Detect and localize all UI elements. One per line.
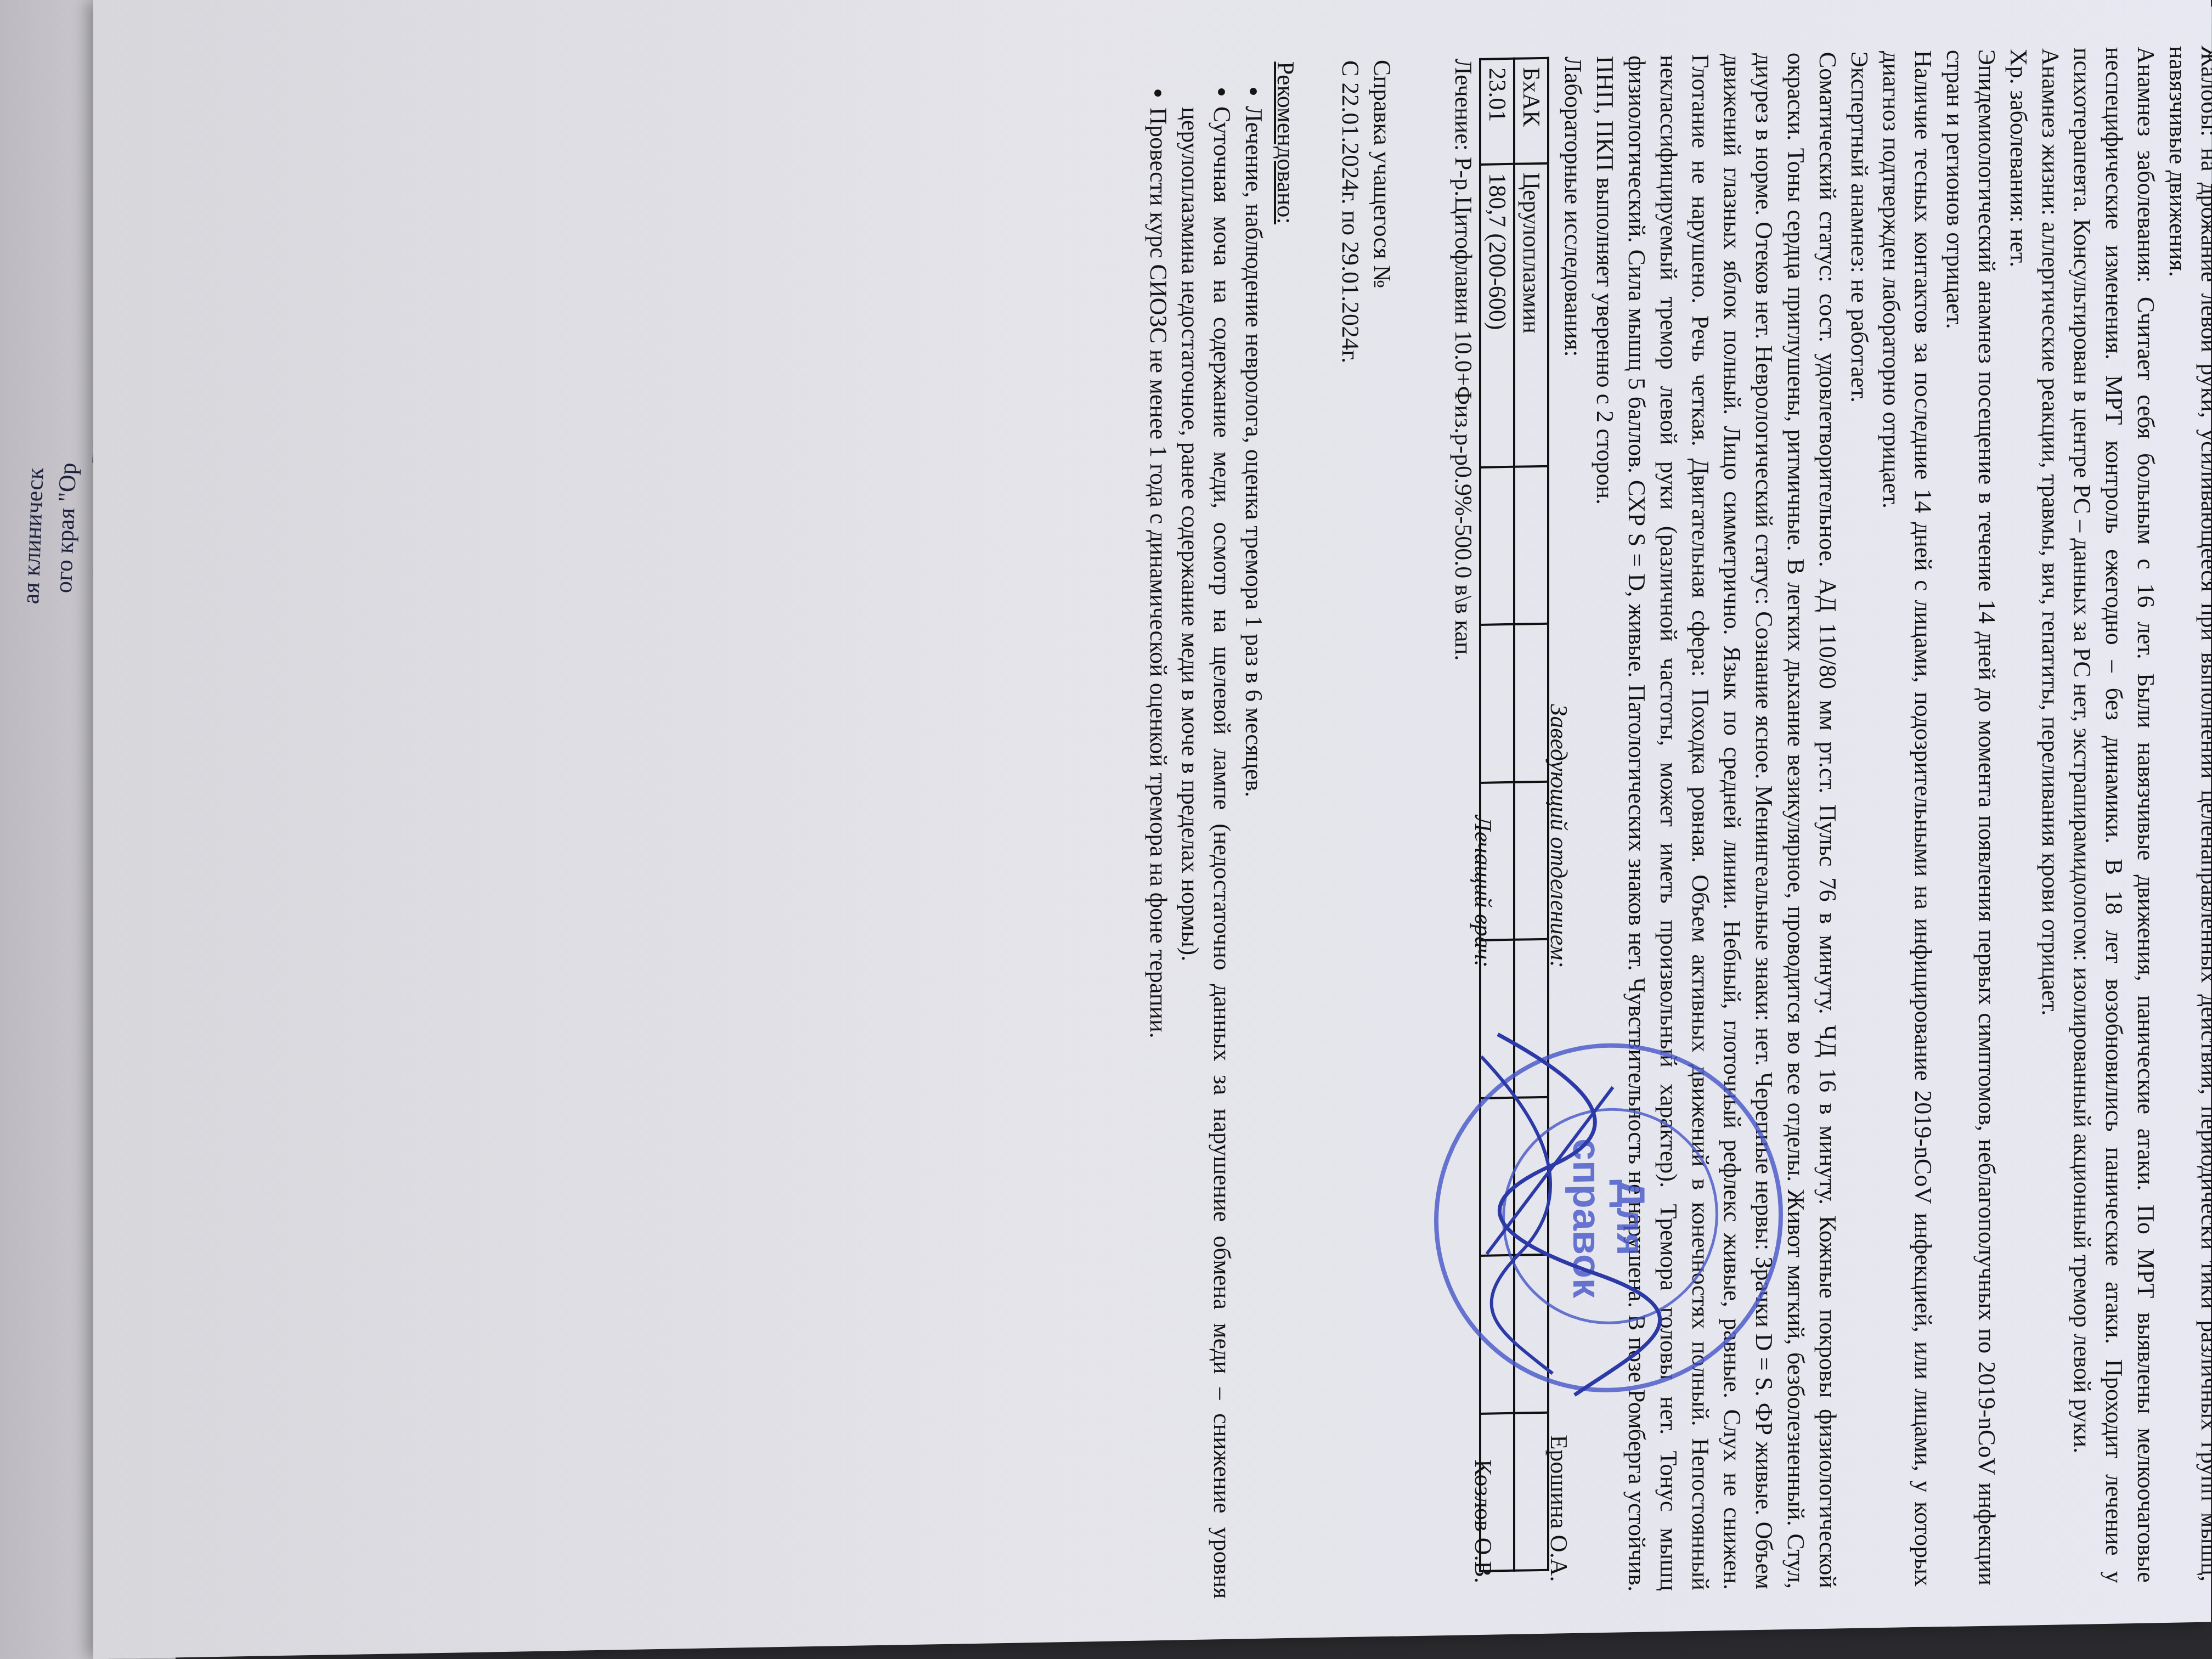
epidemiological-history: Эпидемиологический анамнез посещение в т… (1939, 49, 2002, 1586)
disease-history: Анамнез заболевания: Считает себя больны… (2066, 46, 2162, 1584)
underlying-text-line: ая клиническ (16, 467, 49, 605)
complaints: Жалобы: на дрожание левой руки, усиливаю… (2162, 45, 2212, 1582)
lab-table-cell: 23.01 (1480, 59, 1514, 165)
chronic-diseases: Хр. заболевания: нет. (2002, 48, 2034, 1585)
certificate-number: Справка учащегося № (1366, 59, 1398, 1596)
recommendations: Рекомендовано: Лечение, наблюдение невро… (1142, 61, 1301, 1600)
life-history: Анамнез жизни: аллергические реакции, тр… (2034, 48, 2066, 1584)
contacts: Наличие тесных контактов за последние 14… (1875, 50, 1939, 1587)
recommendation-item: Суточная моча на содержание меди, осмотр… (1174, 106, 1238, 1600)
signature-head-of-department: Заведующий отделением: Ерошина О.А. (1543, 704, 1575, 1582)
lab-table-cell: Церулоплазмин (1514, 163, 1548, 467)
recommendation-item: Лечение, наблюдение невролога, оценка тр… (1238, 106, 1269, 1599)
underlying-text-line: ого края "Ор (49, 462, 82, 593)
page-rotated: Государственное бюджетное учреждение здр… (1542, 0, 2212, 1615)
signatures: Заведующий отделением: Ерошина О.А. Леча… (1423, 704, 1575, 1584)
lab-table-cell: 180,7 (200-600) (1480, 164, 1514, 467)
recommendations-label: Рекомендовано: (1269, 61, 1301, 1598)
signature-role: Лечащий врач: (1467, 815, 1499, 968)
certificate-dates: С 22.01.2024г. по 29.01.2024г. (1334, 60, 1366, 1597)
signature-attending-physician: Лечащий врач: Козлов О.В. (1467, 705, 1499, 1583)
certificate: Справка учащегося № С 22.01.2024г. по 29… (1334, 59, 1398, 1596)
signature-role: Заведующий отделением: (1543, 704, 1575, 969)
lab-table-cell: БхАК (1514, 58, 1548, 164)
lab-table-cell (1514, 466, 1548, 625)
signature-name: Козлов О.В. (1467, 1459, 1499, 1583)
recommendation-item: Провести курс СИОЗС не менее 1 года с ди… (1142, 108, 1174, 1600)
expert-history: Экспертный анамнез: не работает. (1843, 51, 1875, 1588)
discharge-summary-sheet: Государственное бюджетное учреждение здр… (93, 0, 2211, 1659)
lab-table-cell (1480, 467, 1514, 625)
signature-name: Ерошина О.А. (1543, 1435, 1575, 1582)
